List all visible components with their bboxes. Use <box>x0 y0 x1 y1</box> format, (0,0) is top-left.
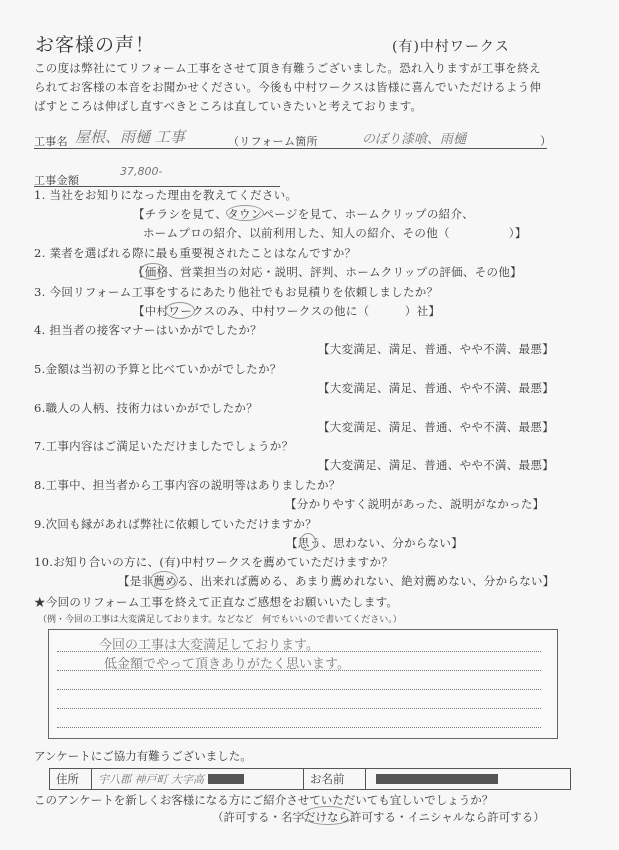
project-name-label: 工事名 <box>34 133 68 149</box>
selection-circle-q1 <box>226 205 264 221</box>
page-title: お客様の声！ <box>35 30 155 57</box>
consent-options[interactable]: （許可する・名字だけなら許可する・イニシャルなら許可する） <box>212 809 545 825</box>
address-value: 宇八郡 神戸町 大字高 <box>98 771 204 787</box>
intro-line-2: られてお客様の本音をお聞かせください。今後も中村ワークスは皆様に喜んでいただける… <box>34 79 541 95</box>
selection-circle-q9 <box>300 533 316 551</box>
question-4-options[interactable]: 【大変満足、満足、普通、やや不満、最悪】 <box>318 341 554 357</box>
question-7: 7.工事内容はご満足いただけましたでしょうか？ <box>34 438 293 454</box>
consent-question: このアンケートを新しくお客様になる方にご紹介させていただいても宜しいでしょうか？ <box>34 792 493 808</box>
selection-circle-consent <box>302 806 354 825</box>
dotted-rule <box>57 708 541 709</box>
address-field[interactable]: 宇八郡 神戸町 大字高 <box>92 769 304 789</box>
selection-circle-q10 <box>150 571 178 590</box>
selection-circle-q2 <box>139 263 167 280</box>
question-2-options[interactable]: 【価格、営業担当の対応・説明、評判、ホームクリップの評価、その他】 <box>133 264 522 280</box>
location-close-paren: ） <box>540 133 552 149</box>
location-value: のぼり漆喰、雨樋 <box>362 128 466 147</box>
question-6: 6.職人の人柄、技術力はいかがでしたか？ <box>34 400 258 416</box>
question-7-options[interactable]: 【大変満足、満足、普通、やや不満、最悪】 <box>318 457 554 473</box>
intro-line-1: この度は弊社にてリフォーム工事をさせて頂き有難うございました。恐れ入りますが工事… <box>34 60 541 76</box>
question-5-options[interactable]: 【大変満足、満足、普通、やや不満、最悪】 <box>318 380 554 396</box>
redaction-bar <box>208 774 244 784</box>
question-9: 9.次回も縁があれば弊社に依頼していただけますか？ <box>34 516 317 532</box>
name-field[interactable] <box>366 769 570 789</box>
question-2: 2. 業者を選ばれる際に最も重要視されたことはなんですか？ <box>34 245 356 261</box>
selection-circle-q3 <box>165 302 195 319</box>
comment-textarea[interactable]: 今回の工事は大変満足しております。 低金額でやって頂きありがたく思います。 <box>48 629 558 739</box>
project-name-value: 屋根、雨樋 工事 <box>75 126 185 147</box>
name-label: お名前 <box>304 769 366 789</box>
customer-info-table: 住所 宇八郡 神戸町 大字高 お名前 <box>49 768 571 790</box>
comment-line-2: 低金額でやって頂きありがたく思います。 <box>104 653 350 672</box>
address-label: 住所 <box>50 769 92 789</box>
question-8-options[interactable]: 【分かりやすく説明があった、説明がなかった】 <box>285 496 544 512</box>
comment-line-1: 今回の工事は大変満足しております。 <box>99 634 319 653</box>
question-5: 5.金額は当初の予算と比べていかがでしたか？ <box>34 361 282 377</box>
question-3: 3. 今回リフォーム工事をするにあたり他社でもお見積りを依頼しましたか？ <box>34 284 438 300</box>
dotted-rule <box>57 689 541 690</box>
redaction-bar <box>376 774 498 784</box>
question-1-options-line-1[interactable]: 【チラシを見て、タウンページを見て、ホームクリップの紹介、 <box>133 206 474 222</box>
question-1-options-line-2[interactable]: ホームプロの紹介、以前利用した、知人の紹介、その他（ ）】 <box>143 225 527 241</box>
location-label: （リフォーム箇所 <box>228 133 318 149</box>
thanks-message: アンケートにご協力有難うございました。 <box>34 748 252 764</box>
question-1: 1. 当社をお知りになった理由を教えてください。 <box>34 187 297 203</box>
dotted-rule <box>57 727 541 728</box>
question-4: 4. 担当者の接客マナーはいかがでしたか？ <box>34 322 262 338</box>
comment-example: （例・今回の工事は大変満足しております。などなど 何でもいいので書いてください。… <box>38 612 402 625</box>
question-6-options[interactable]: 【大変満足、満足、普通、やや不満、最悪】 <box>318 419 554 435</box>
survey-document: お客様の声！ (有)中村ワークス この度は弊社にてリフォーム工事をさせて頂き有難… <box>0 0 619 850</box>
comment-prompt: ★今回のリフォーム工事を終えて正直なご感想をお願いいたします。 <box>34 594 398 610</box>
project-amount-value: 37,800- <box>120 165 162 178</box>
intro-line-3: ばすところは伸ばし直すべきところは直していきたいと考えております。 <box>34 98 422 114</box>
question-10-options[interactable]: 【是非薦める、出来れば薦める、あまり薦めれない、絶対薦めない、分からない】 <box>118 573 555 589</box>
project-amount-label: 工事金額 <box>34 172 79 188</box>
question-8: 8.工事中、担当者から工事内容の説明等はありましたか？ <box>34 477 341 493</box>
company-name: (有)中村ワークス <box>392 36 510 56</box>
question-10: 10.お知り合いの方に、(有)中村ワークスを薦めていただけますか？ <box>34 554 393 570</box>
